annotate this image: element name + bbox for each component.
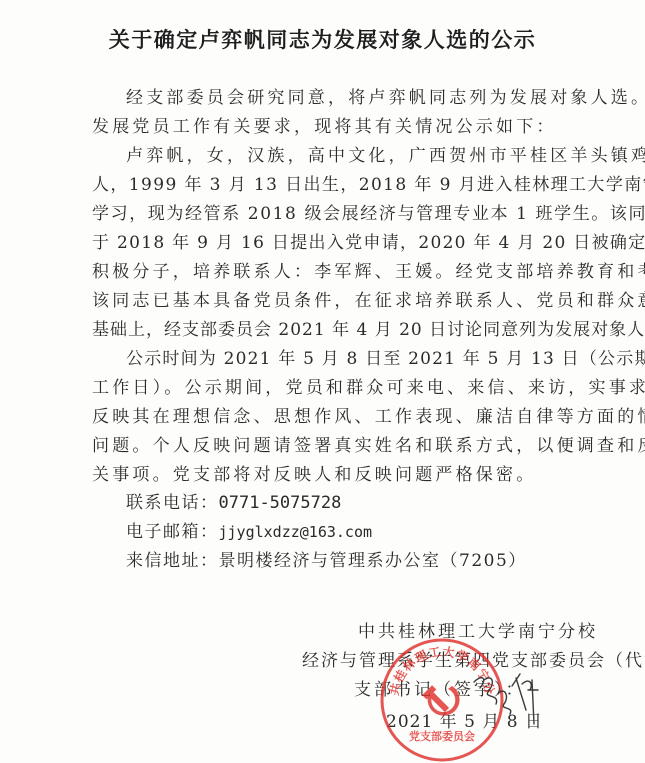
- email-value: jjyglxdzz@163.com: [219, 523, 373, 541]
- signature-date: 2021 年 5 月 8 日: [386, 711, 543, 733]
- body-line-2: 发展党员工作有关要求，现将其有关情况公示如下：: [92, 116, 562, 138]
- contact-email: 电子邮箱：jjyglxdzz@163.com: [126, 521, 596, 543]
- contact-phone: 联系电话：0771-5075728: [126, 492, 596, 514]
- address-value: 景明楼经济与管理系办公室（7205）: [219, 551, 527, 571]
- body-line-1: 经支部委员会研究同意，将卢弈帆同志列为发展对象人选。根据: [126, 87, 596, 109]
- address-label: 来信地址：: [126, 551, 219, 571]
- phone-label: 联系电话：: [126, 493, 219, 513]
- document-title: 关于确定卢弈帆同志为发展对象人选的公示: [0, 24, 645, 54]
- phone-value: 0771-5075728: [219, 493, 342, 513]
- body-line-4: 人，1999 年 3 月 13 日出生，2018 年 9 月进入桂林理工大学南宁…: [92, 174, 562, 196]
- body-line-7: 积极分子，培养联系人：李军辉、王媛。经党支部培养教育和考察，: [92, 261, 562, 283]
- body-line-9: 基础上，经支部委员会 2021 年 4 月 20 日讨论同意列为发展对象人选。: [92, 319, 562, 341]
- body-line-3: 卢弈帆，女，汉族，高中文化，广西贺州市平桂区羊头镇鸡头岭: [126, 145, 596, 167]
- body-line-14: 关事项。党支部将对反映人和反映问题严格保密。: [92, 464, 562, 486]
- signature-org-line1: 中共桂林理工大学南宁分校: [358, 621, 598, 643]
- email-label: 电子邮箱：: [126, 522, 219, 542]
- contact-address: 来信地址：景明楼经济与管理系办公室（7205）: [126, 550, 596, 572]
- body-line-11: 工作日）。公示期间，党员和群众可来电、来信、来访，实事求是地: [92, 377, 562, 399]
- signature-org-line2: 经济与管理系学生第四党支部委员会（代章）: [302, 650, 645, 672]
- body-line-10: 公示时间为 2021 年 5 月 8 日至 2021 年 5 月 13 日（公示…: [126, 348, 596, 370]
- body-line-12: 反映其在理想信念、思想作风、工作表现、廉洁自律等方面的情况和: [92, 406, 562, 428]
- body-line-5: 学习，现为经管系 2018 级会展经济与管理专业本 1 班学生。该同志: [92, 203, 562, 225]
- body-line-13: 问题。个人反映问题请签署真实姓名和联系方式，以便调查和反馈相: [92, 435, 562, 457]
- secretary-label: 支部书记（签字）：: [354, 679, 526, 701]
- body-line-6: 于 2018 年 9 月 16 日提出入党申请，2020 年 4 月 20 日被…: [92, 232, 562, 254]
- body-line-8: 该同志已基本具备党员条件，在征求培养联系人、党员和群众意见的: [92, 290, 562, 312]
